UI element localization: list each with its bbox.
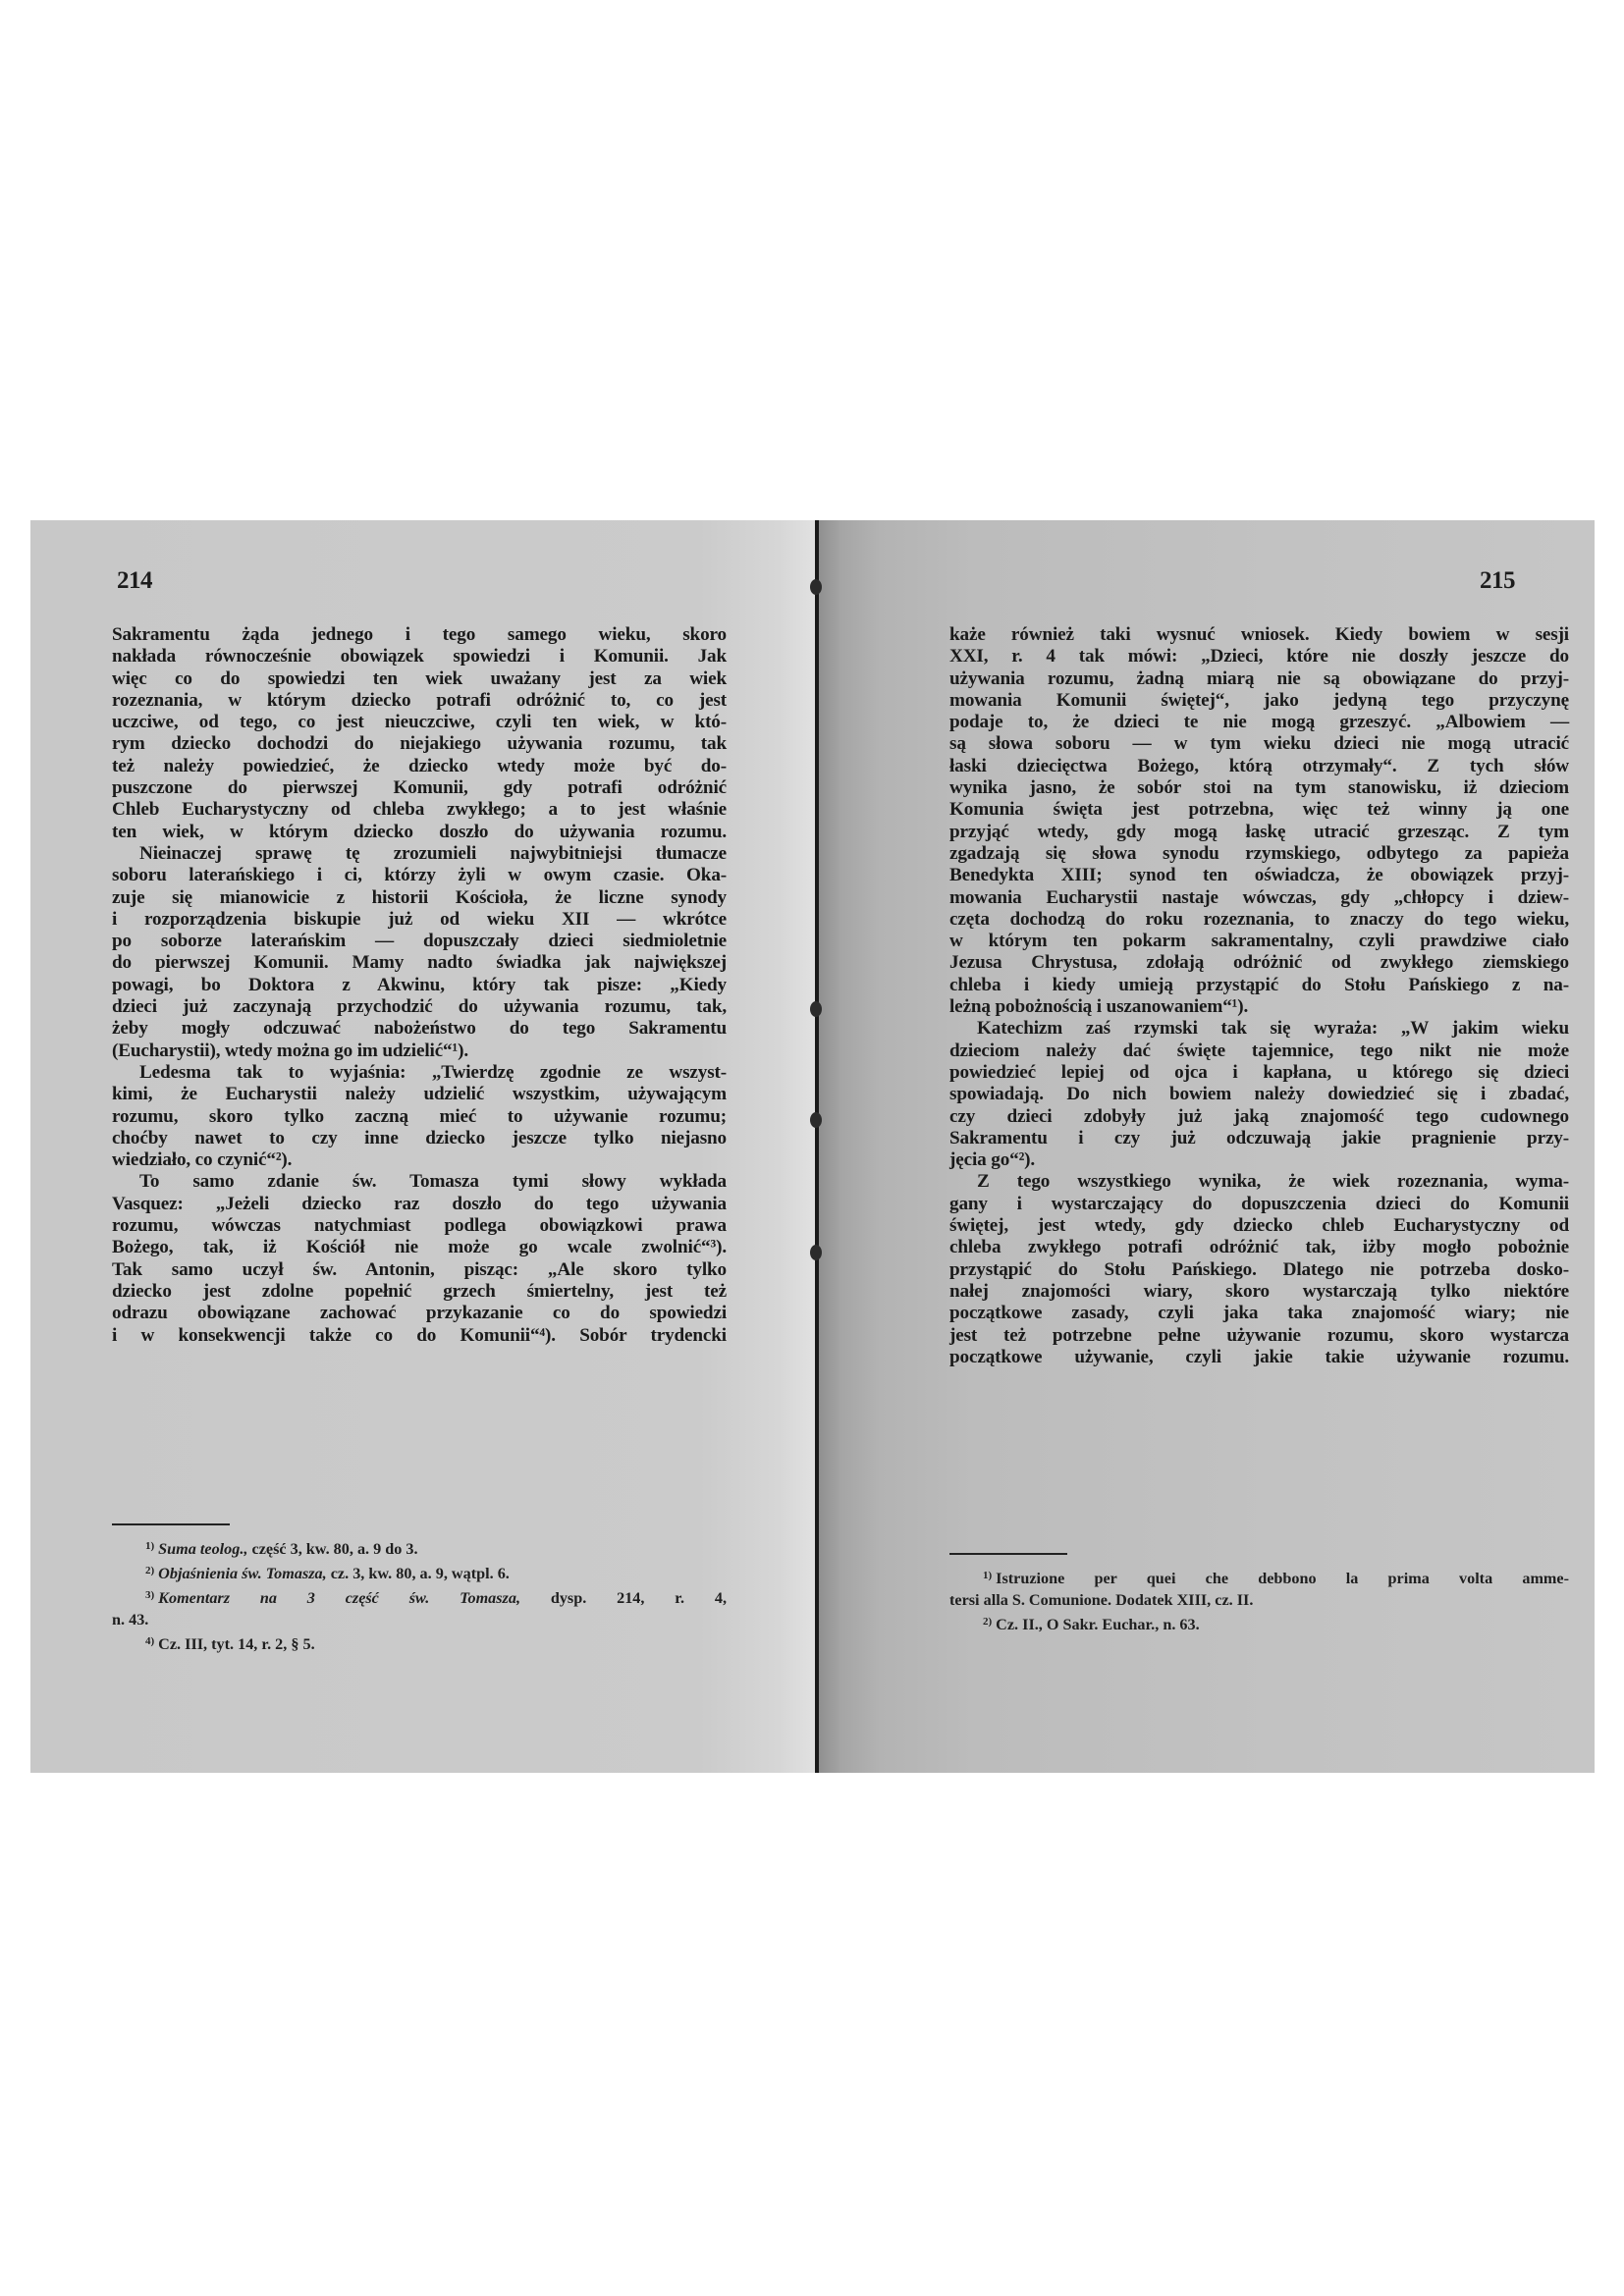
text-line: w którym ten pokarm sakramentalny, czyli… xyxy=(949,931,1569,952)
footnote-title: Suma teolog., xyxy=(158,1540,247,1558)
footnote-text: Cz. III, tyt. 14, r. 2, § 5. xyxy=(158,1635,314,1653)
footnote-rule xyxy=(112,1523,230,1525)
footnote-mark: 2) xyxy=(983,1616,992,1628)
binding-stitch-icon xyxy=(810,1112,822,1128)
text-line: mowania Eucharystii nastaje wówczas, gdy… xyxy=(949,887,1569,909)
text-line: chleba zwykłego potrafi odróżnić tak, iż… xyxy=(949,1237,1569,1258)
footnote: 1)Istruzione per quei che debbono la pri… xyxy=(949,1565,1569,1589)
page-number: 214 xyxy=(117,567,152,595)
text-line: choćby nawet to czy inne dziecko jeszcze… xyxy=(112,1128,727,1149)
body-text: każe również taki wysnuć wniosek. Kiedy … xyxy=(949,624,1569,1368)
text-line: kimi, że Eucharystii należy udzielić wsz… xyxy=(112,1084,727,1105)
footnote-title: Komentarz na 3 część św. Tomasza, xyxy=(158,1589,520,1607)
text-line: uczciwe, od tego, co jest nieuczciwe, cz… xyxy=(112,712,727,733)
text-line: żeby mogły odczuwać nabożeństwo do tego … xyxy=(112,1018,727,1040)
text-line: Komunia święta jest potrzebna, więc też … xyxy=(949,799,1569,821)
text-line: Ledesma tak to wyjaśnia: „Twierdzę zgodn… xyxy=(112,1062,727,1084)
right-page: 215 każe również taki wysnuć wniosek. Ki… xyxy=(818,520,1595,1773)
text-line: spowiadają. Do nich bowiem należy dowied… xyxy=(949,1084,1569,1105)
text-line: są słowa soboru — w tym wieku dzieci nie… xyxy=(949,733,1569,755)
text-line: początkowe zasady, czyli jaka taka znajo… xyxy=(949,1303,1569,1324)
text-line: wiedziało, co czynić“²). xyxy=(112,1149,727,1171)
footnote-mark: 1) xyxy=(145,1540,154,1552)
footnotes: 1)Suma teolog., część 3, kw. 80, a. 9 do… xyxy=(112,1523,727,1655)
text-line: leżną pobożnością i uszanowaniem“¹). xyxy=(949,996,1569,1018)
text-line: XXI, r. 4 tak mówi: „Dzieci, które nie d… xyxy=(949,646,1569,667)
footnote-rule xyxy=(949,1553,1067,1555)
text-line: i w konsekwencji także co do Komunii“⁴).… xyxy=(112,1325,727,1347)
text-line: chleba i kiedy umieją przystąpić do Stoł… xyxy=(949,975,1569,996)
footnote: 2)Objaśnienia św. Tomasza, cz. 3, kw. 80… xyxy=(112,1560,727,1584)
text-line: Bożego, tak, iż Kościół nie może go wcal… xyxy=(112,1237,727,1258)
text-line: zgadzają się słowa synodu rzymskiego, od… xyxy=(949,843,1569,865)
text-line: jest też potrzebne pełne używanie rozumu… xyxy=(949,1325,1569,1347)
footnote: 1)Suma teolog., część 3, kw. 80, a. 9 do… xyxy=(112,1535,727,1560)
text-line: nałej znajomości wiary, skoro wystarczaj… xyxy=(949,1281,1569,1303)
text-line: czy dzieci zdobyły już jaką znajomość te… xyxy=(949,1106,1569,1128)
text-line: początkowe używanie, czyli jakie takie u… xyxy=(949,1347,1569,1368)
text-line: Katechizm zaś rzymski tak się wyraża: „W… xyxy=(949,1018,1569,1040)
footnote-continuation: n. 43. xyxy=(112,1609,727,1630)
footnote-text: część 3, kw. 80, a. 9 do 3. xyxy=(247,1540,417,1558)
text-line: jęcia go“²). xyxy=(949,1149,1569,1171)
text-line: Tak samo uczył św. Antonin, pisząc: „Ale… xyxy=(112,1259,727,1281)
left-page: 214 Sakramentu żąda jednego i tego sameg… xyxy=(30,520,818,1773)
footnote-mark: 1) xyxy=(983,1570,992,1581)
footnote-mark: 2) xyxy=(145,1565,154,1576)
text-line: też należy powiedzieć, że dziecko wtedy … xyxy=(112,756,727,777)
text-line: (Eucharystii), wtedy można go im udzieli… xyxy=(112,1041,727,1062)
footnote-mark: 3) xyxy=(145,1589,154,1601)
text-line: wynika jasno, że sobór stoi na tym stano… xyxy=(949,777,1569,799)
page-number: 215 xyxy=(1480,567,1515,595)
text-line: powagi, bo Doktora z Akwinu, który tak p… xyxy=(112,975,727,996)
footnote: 2)Cz. II., O Sakr. Euchar., n. 63. xyxy=(949,1611,1569,1635)
text-line: świętej, jest wtedy, gdy dziecko chleb E… xyxy=(949,1215,1569,1237)
binding-stitch-icon xyxy=(810,1001,822,1017)
text-line: przystąpić do Stołu Pańskiego. Dlatego n… xyxy=(949,1259,1569,1281)
text-line: Sakramentu żąda jednego i tego samego wi… xyxy=(112,624,727,646)
text-line: dziecko jest zdolne popełnić grzech śmie… xyxy=(112,1281,727,1303)
text-line: gany i wystarczający do dopuszczenia dzi… xyxy=(949,1194,1569,1215)
text-line: rozeznania, w którym dziecko potrafi odr… xyxy=(112,690,727,712)
text-line: więc co do spowiedzi ten wiek uważany je… xyxy=(112,668,727,690)
footnote-title: Objaśnienia św. Tomasza, xyxy=(158,1565,327,1582)
text-line: i rozporządzenia biskupie już od wieku X… xyxy=(112,909,727,931)
text-line: mowania Komunii świętej“, jako jedyną te… xyxy=(949,690,1569,712)
text-line: podaje to, że dzieci te nie mogą grzeszy… xyxy=(949,712,1569,733)
text-line: soboru laterańskiego i ci, którzy żyli w… xyxy=(112,865,727,886)
text-line: rym dziecko dochodzi do niejakiego używa… xyxy=(112,733,727,755)
text-line: puszczone do pierwszej Komunii, gdy potr… xyxy=(112,777,727,799)
text-line: dzieci już zaczynają przychodzić do używ… xyxy=(112,996,727,1018)
text-line: Z tego wszystkiego wynika, że wiek rozez… xyxy=(949,1171,1569,1193)
text-line: zuje się mianowicie z historii Kościoła,… xyxy=(112,887,727,909)
binding-stitch-icon xyxy=(810,579,822,595)
text-line: powiedzieć lepiej od ojca i kapłana, u k… xyxy=(949,1062,1569,1084)
text-line: każe również taki wysnuć wniosek. Kiedy … xyxy=(949,624,1569,646)
text-line: Sakramentu i czy już odczuwają jakie pra… xyxy=(949,1128,1569,1149)
text-line: Chleb Eucharystyczny od chleba zwykłego;… xyxy=(112,799,727,821)
footnote-text: Istruzione per quei che debbono la prima… xyxy=(996,1570,1569,1587)
text-line: To samo zdanie św. Tomasza tymi słowy wy… xyxy=(112,1171,727,1193)
text-line: odrazu obowiązane zachować przykazanie c… xyxy=(112,1303,727,1324)
footnote-text: Cz. II., O Sakr. Euchar., n. 63. xyxy=(996,1616,1200,1633)
text-line: Benedykta XIII; synod ten oświadcza, że … xyxy=(949,865,1569,886)
footnote-text: dysp. 214, r. 4, xyxy=(520,1589,727,1607)
text-line: nakłada równocześnie obowiązek spowiedzi… xyxy=(112,646,727,667)
footnote: 3)Komentarz na 3 część św. Tomasza, dysp… xyxy=(112,1584,727,1609)
text-line: rozumu, wówczas natychmiast podlega obow… xyxy=(112,1215,727,1237)
text-line: dzieciom należy dać święte tajemnice, te… xyxy=(949,1041,1569,1062)
text-line: po soborze laterańskim — dopuszczały dzi… xyxy=(112,931,727,952)
text-line: przyjąć wtedy, gdy mogą łaskę utracić gr… xyxy=(949,822,1569,843)
book-spine xyxy=(815,520,819,1773)
text-line: rozumu, skoro tylko zaczną mieć to używa… xyxy=(112,1106,727,1128)
book-spread-scan: 214 Sakramentu żąda jednego i tego sameg… xyxy=(30,520,1595,1773)
footnote-mark: 4) xyxy=(145,1635,154,1647)
body-text: Sakramentu żąda jednego i tego samego wi… xyxy=(112,624,727,1347)
footnote-continuation: tersi alla S. Comunione. Dodatek XIII, c… xyxy=(949,1589,1569,1611)
text-line: Nieinaczej sprawę tę zrozumieli najwybit… xyxy=(112,843,727,865)
footnotes: 1)Istruzione per quei che debbono la pri… xyxy=(949,1553,1569,1635)
footnote-text: cz. 3, kw. 80, a. 9, wątpl. 6. xyxy=(327,1565,510,1582)
text-line: do pierwszej Komunii. Mamy nadto świadka… xyxy=(112,952,727,974)
text-line: używania rozumu, żadną miarą nie są obow… xyxy=(949,668,1569,690)
binding-stitch-icon xyxy=(810,1245,822,1260)
footnote: 4)Cz. III, tyt. 14, r. 2, § 5. xyxy=(112,1630,727,1655)
text-line: łaski dziecięctwa Bożego, którą otrzymał… xyxy=(949,756,1569,777)
text-line: częta dochodzą do roku rozeznania, to zn… xyxy=(949,909,1569,931)
text-line: Jezusa Chrystusa, zdołają odróżnić od zw… xyxy=(949,952,1569,974)
text-line: Vasquez: „Jeżeli dziecko raz doszło do t… xyxy=(112,1194,727,1215)
text-line: ten wiek, w którym dziecko doszło do uży… xyxy=(112,822,727,843)
